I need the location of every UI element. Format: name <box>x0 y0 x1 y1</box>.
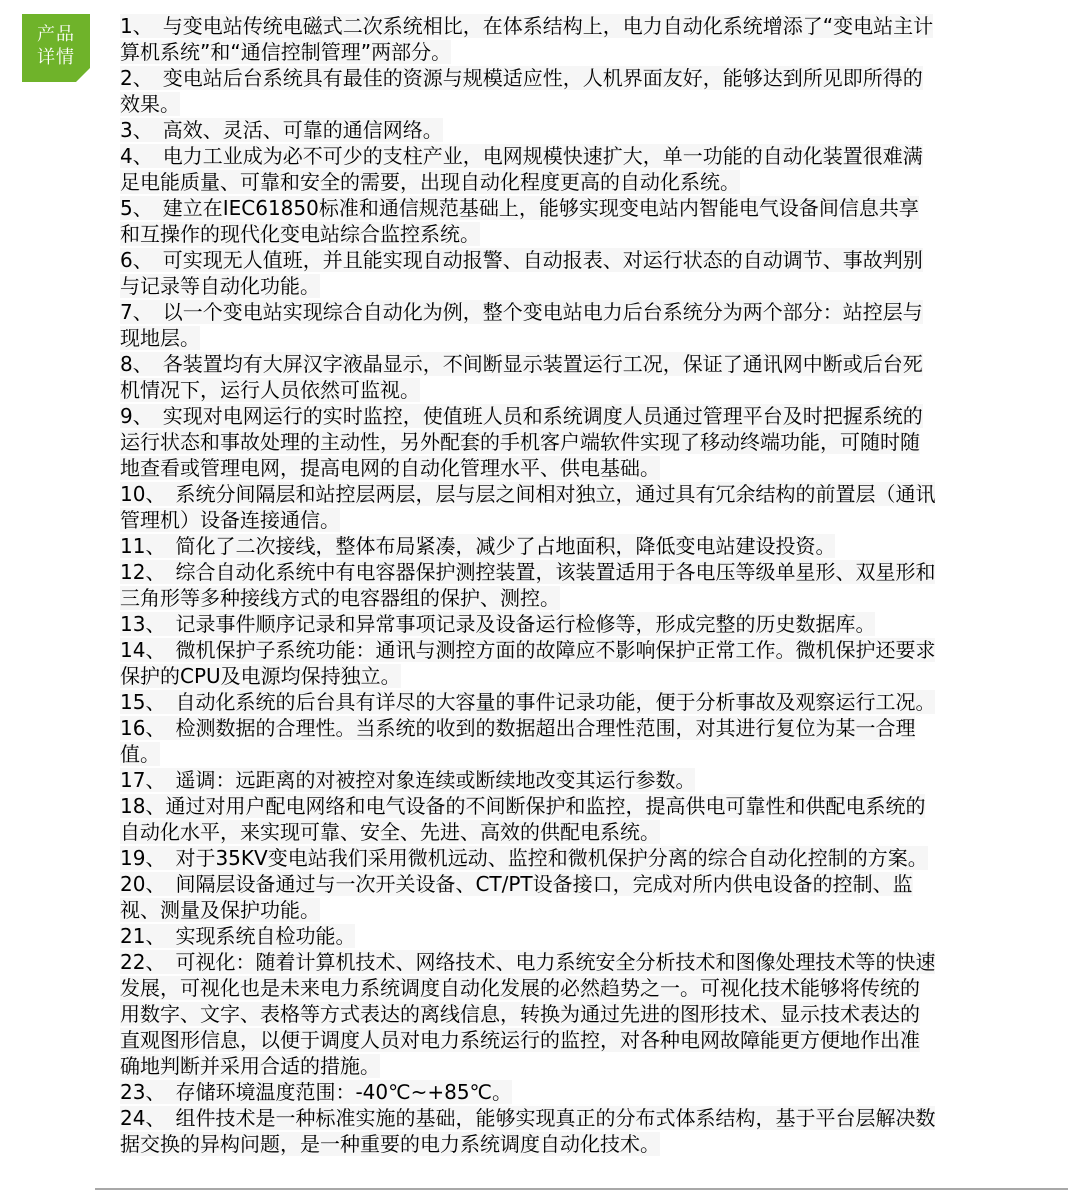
product-detail-text: 1、 与变电站传统电磁式二次系统相比，在体系结构上，电力自动化系统增添了“变电站… <box>120 13 938 1157</box>
detail-item-17: 17、 遥调：远距离的对被控对象连续或断续地改变其运行参数。 <box>120 767 938 793</box>
detail-item-2: 2、 变电站后台系统具有最佳的资源与规模适应性，人机界面友好，能够达到所见即所得… <box>120 65 938 117</box>
product-detail-page: 产品 详情 1、 与变电站传统电磁式二次系统相比，在体系结构上，电力自动化系统增… <box>0 0 1068 1192</box>
badge-line-1: 产品 <box>37 23 75 46</box>
detail-item-23: 23、 存储环境温度范围：-40℃~+85℃。 <box>120 1079 938 1105</box>
detail-item-6: 6、 可实现无人值班，并且能实现自动报警、自动报表、对运行状态的自动调节、事故判… <box>120 247 938 299</box>
detail-item-3: 3、 高效、灵活、可靠的通信网络。 <box>120 117 938 143</box>
badge-line-2: 详情 <box>37 46 75 69</box>
detail-item-1: 1、 与变电站传统电磁式二次系统相比，在体系结构上，电力自动化系统增添了“变电站… <box>120 13 938 65</box>
detail-item-14: 14、 微机保护子系统功能：通讯与测控方面的故障应不影响保护正常工作。微机保护还… <box>120 637 938 689</box>
bottom-divider <box>95 1188 1068 1190</box>
detail-item-21: 21、 实现系统自检功能。 <box>120 923 938 949</box>
detail-item-24: 24、 组件技术是一种标准实施的基础，能够实现真正的分布式体系结构，基于平台层解… <box>120 1105 938 1157</box>
detail-item-10: 10、 系统分间隔层和站控层两层，层与层之间相对独立，通过具有冗余结构的前置层（… <box>120 481 938 533</box>
detail-item-15: 15、 自动化系统的后台具有详尽的大容量的事件记录功能，便于分析事故及观察运行工… <box>120 689 938 715</box>
detail-item-13: 13、 记录事件顺序记录和异常事项记录及设备运行检修等，形成完整的历史数据库。 <box>120 611 938 637</box>
product-detail-badge: 产品 详情 <box>22 14 90 82</box>
detail-item-16: 16、 检测数据的合理性。当系统的收到的数据超出合理性范围，对其进行复位为某一合… <box>120 715 938 767</box>
detail-item-9: 9、 实现对电网运行的实时监控，使值班人员和系统调度人员通过管理平台及时把握系统… <box>120 403 938 481</box>
detail-item-12: 12、 综合自动化系统中有电容器保护测控装置，该装置适用于各电压等级单星形、双星… <box>120 559 938 611</box>
detail-item-18: 18、通过对用户配电网络和电气设备的不间断保护和监控，提高供电可靠性和供配电系统… <box>120 793 938 845</box>
detail-item-11: 11、 简化了二次接线，整体布局紧凑，减少了占地面积，降低变电站建设投资。 <box>120 533 938 559</box>
detail-item-8: 8、 各装置均有大屏汉字液晶显示，不间断显示装置运行工况，保证了通讯网中断或后台… <box>120 351 938 403</box>
detail-item-5: 5、 建立在IEC61850标准和通信规范基础上，能够实现变电站内智能电气设备间… <box>120 195 938 247</box>
detail-item-20: 20、 间隔层设备通过与一次开关设备、CT/PT设备接口，完成对所内供电设备的控… <box>120 871 938 923</box>
detail-item-22: 22、 可视化：随着计算机技术、网络技术、电力系统安全分析技术和图像处理技术等的… <box>120 949 938 1079</box>
detail-item-19: 19、 对于35KV变电站我们采用微机远动、监控和微机保护分离的综合自动化控制的… <box>120 845 938 871</box>
detail-item-7: 7、 以一个变电站实现综合自动化为例，整个变电站电力后台系统分为两个部分：站控层… <box>120 299 938 351</box>
detail-item-4: 4、 电力工业成为必不可少的支柱产业，电网规模快速扩大，单一功能的自动化装置很难… <box>120 143 938 195</box>
